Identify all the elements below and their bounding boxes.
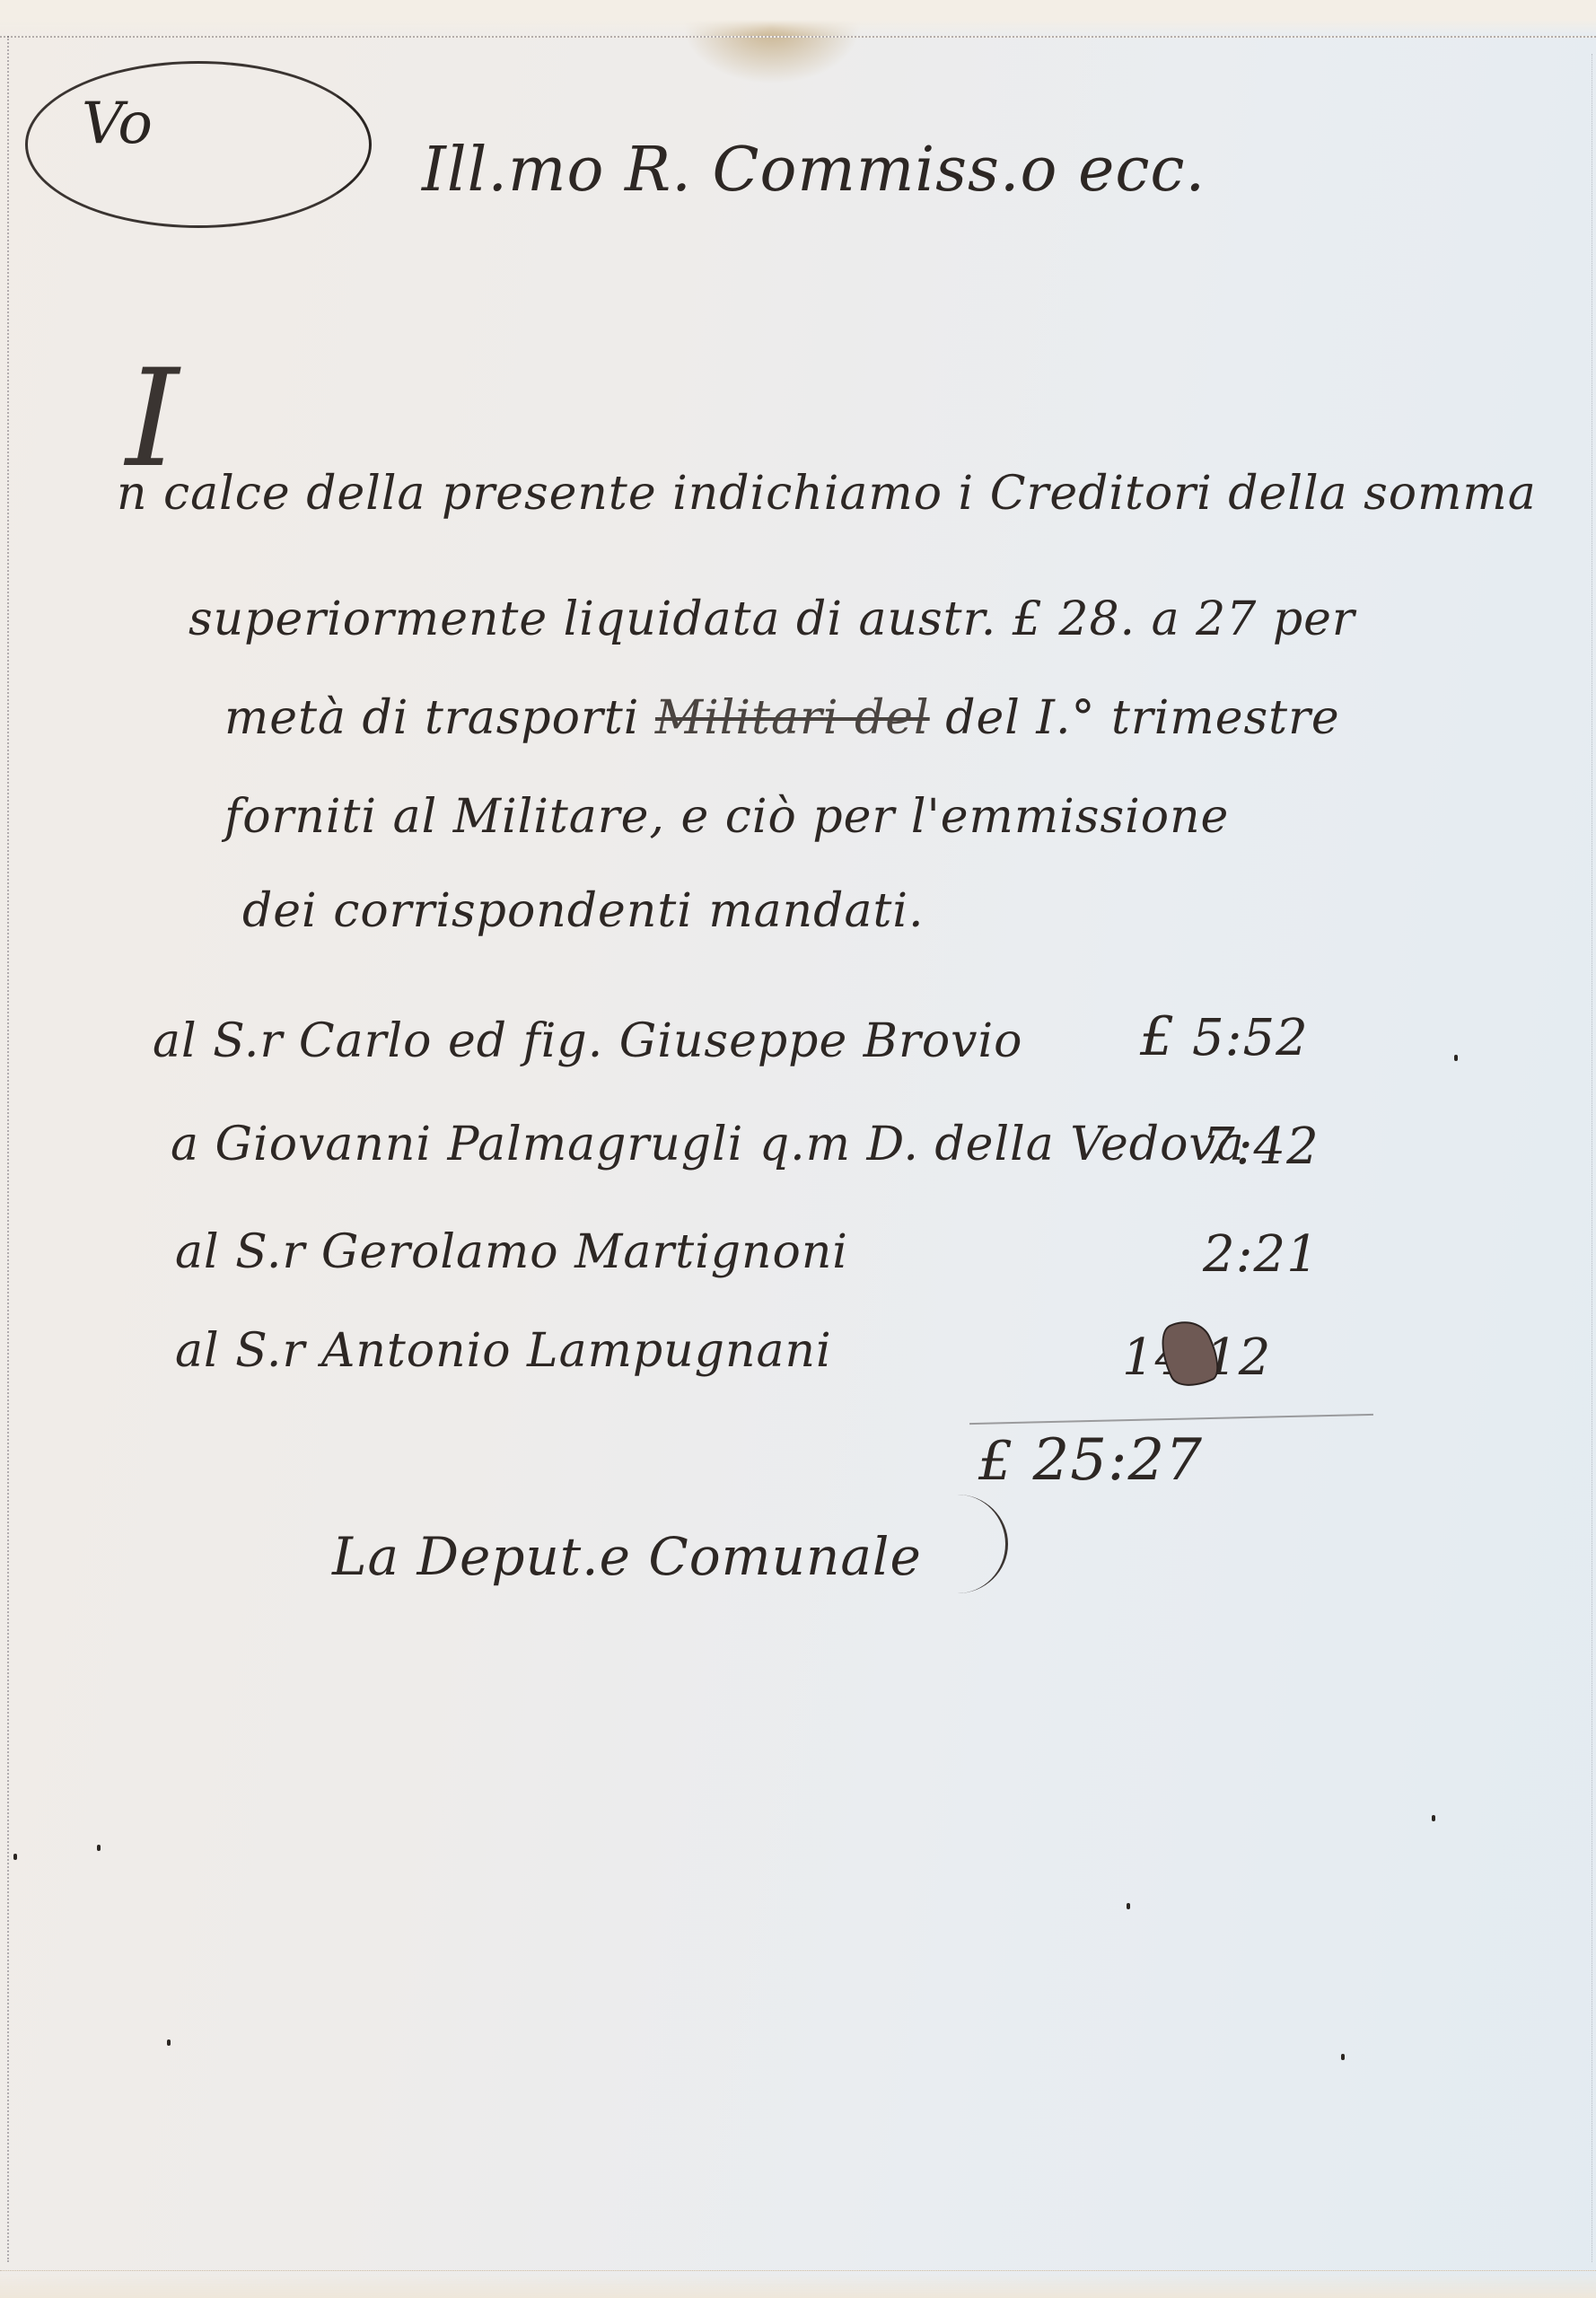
- body-line-5: dei corrispondenti mandati.: [242, 884, 925, 938]
- worn-bottom-edge: [0, 2270, 1596, 2298]
- body-line-2: superiormente liquidata di austr. £ 28. …: [189, 592, 1355, 646]
- total-rule: [969, 1414, 1373, 1425]
- entry-payee-3: al S.r Gerolamo Martignoni: [175, 1225, 848, 1279]
- body-line-3-end: del I.° trimestre: [945, 691, 1340, 745]
- lira-sign: £: [1140, 1005, 1175, 1068]
- entry-payee-2: a Giovanni Palmagrugli q.m D. della Vedo…: [171, 1118, 1245, 1171]
- body-line-3: metà di trasporti Militari del del I.° t…: [224, 691, 1340, 745]
- lira-sign: £: [978, 1430, 1013, 1493]
- entry-amount-2: 7:42: [1203, 1118, 1320, 1176]
- deckled-left-edge: [7, 36, 14, 2262]
- signature-flourish: [907, 1495, 1008, 1593]
- body-line-3-start: metà di trasporti: [224, 691, 639, 745]
- total-amount: £ 25:27: [978, 1427, 1203, 1494]
- deckled-right-edge: [1586, 54, 1592, 2262]
- struck-out-text: Militari del: [655, 691, 930, 745]
- marginal-mark-text: Vo: [82, 91, 153, 157]
- entry-payee-1: al S.r Carlo ed fig. Giuseppe Brovio: [153, 1014, 1022, 1068]
- entry-payee-4: al S.r Antonio Lampugnani: [175, 1324, 832, 1378]
- body-line-4: forniti al Militare, e ciò per l'emmissi…: [224, 790, 1229, 844]
- entry-amount-3: 2:21: [1203, 1225, 1320, 1284]
- signature: La Deput.e Comunale: [332, 1526, 922, 1587]
- body-line-1: n calce della presente indichiamo i Cred…: [117, 467, 1537, 521]
- salutation: Ill.mo R. Commiss.o ecc.: [422, 135, 1206, 206]
- circled-marginal-mark: Vo: [25, 61, 372, 228]
- document-page: Vo Ill.mo R. Commiss.o ecc. I n calce de…: [0, 0, 1596, 2298]
- torn-top-edge: [0, 0, 1596, 38]
- entry-amount-1: £ 5:52: [1140, 1005, 1309, 1068]
